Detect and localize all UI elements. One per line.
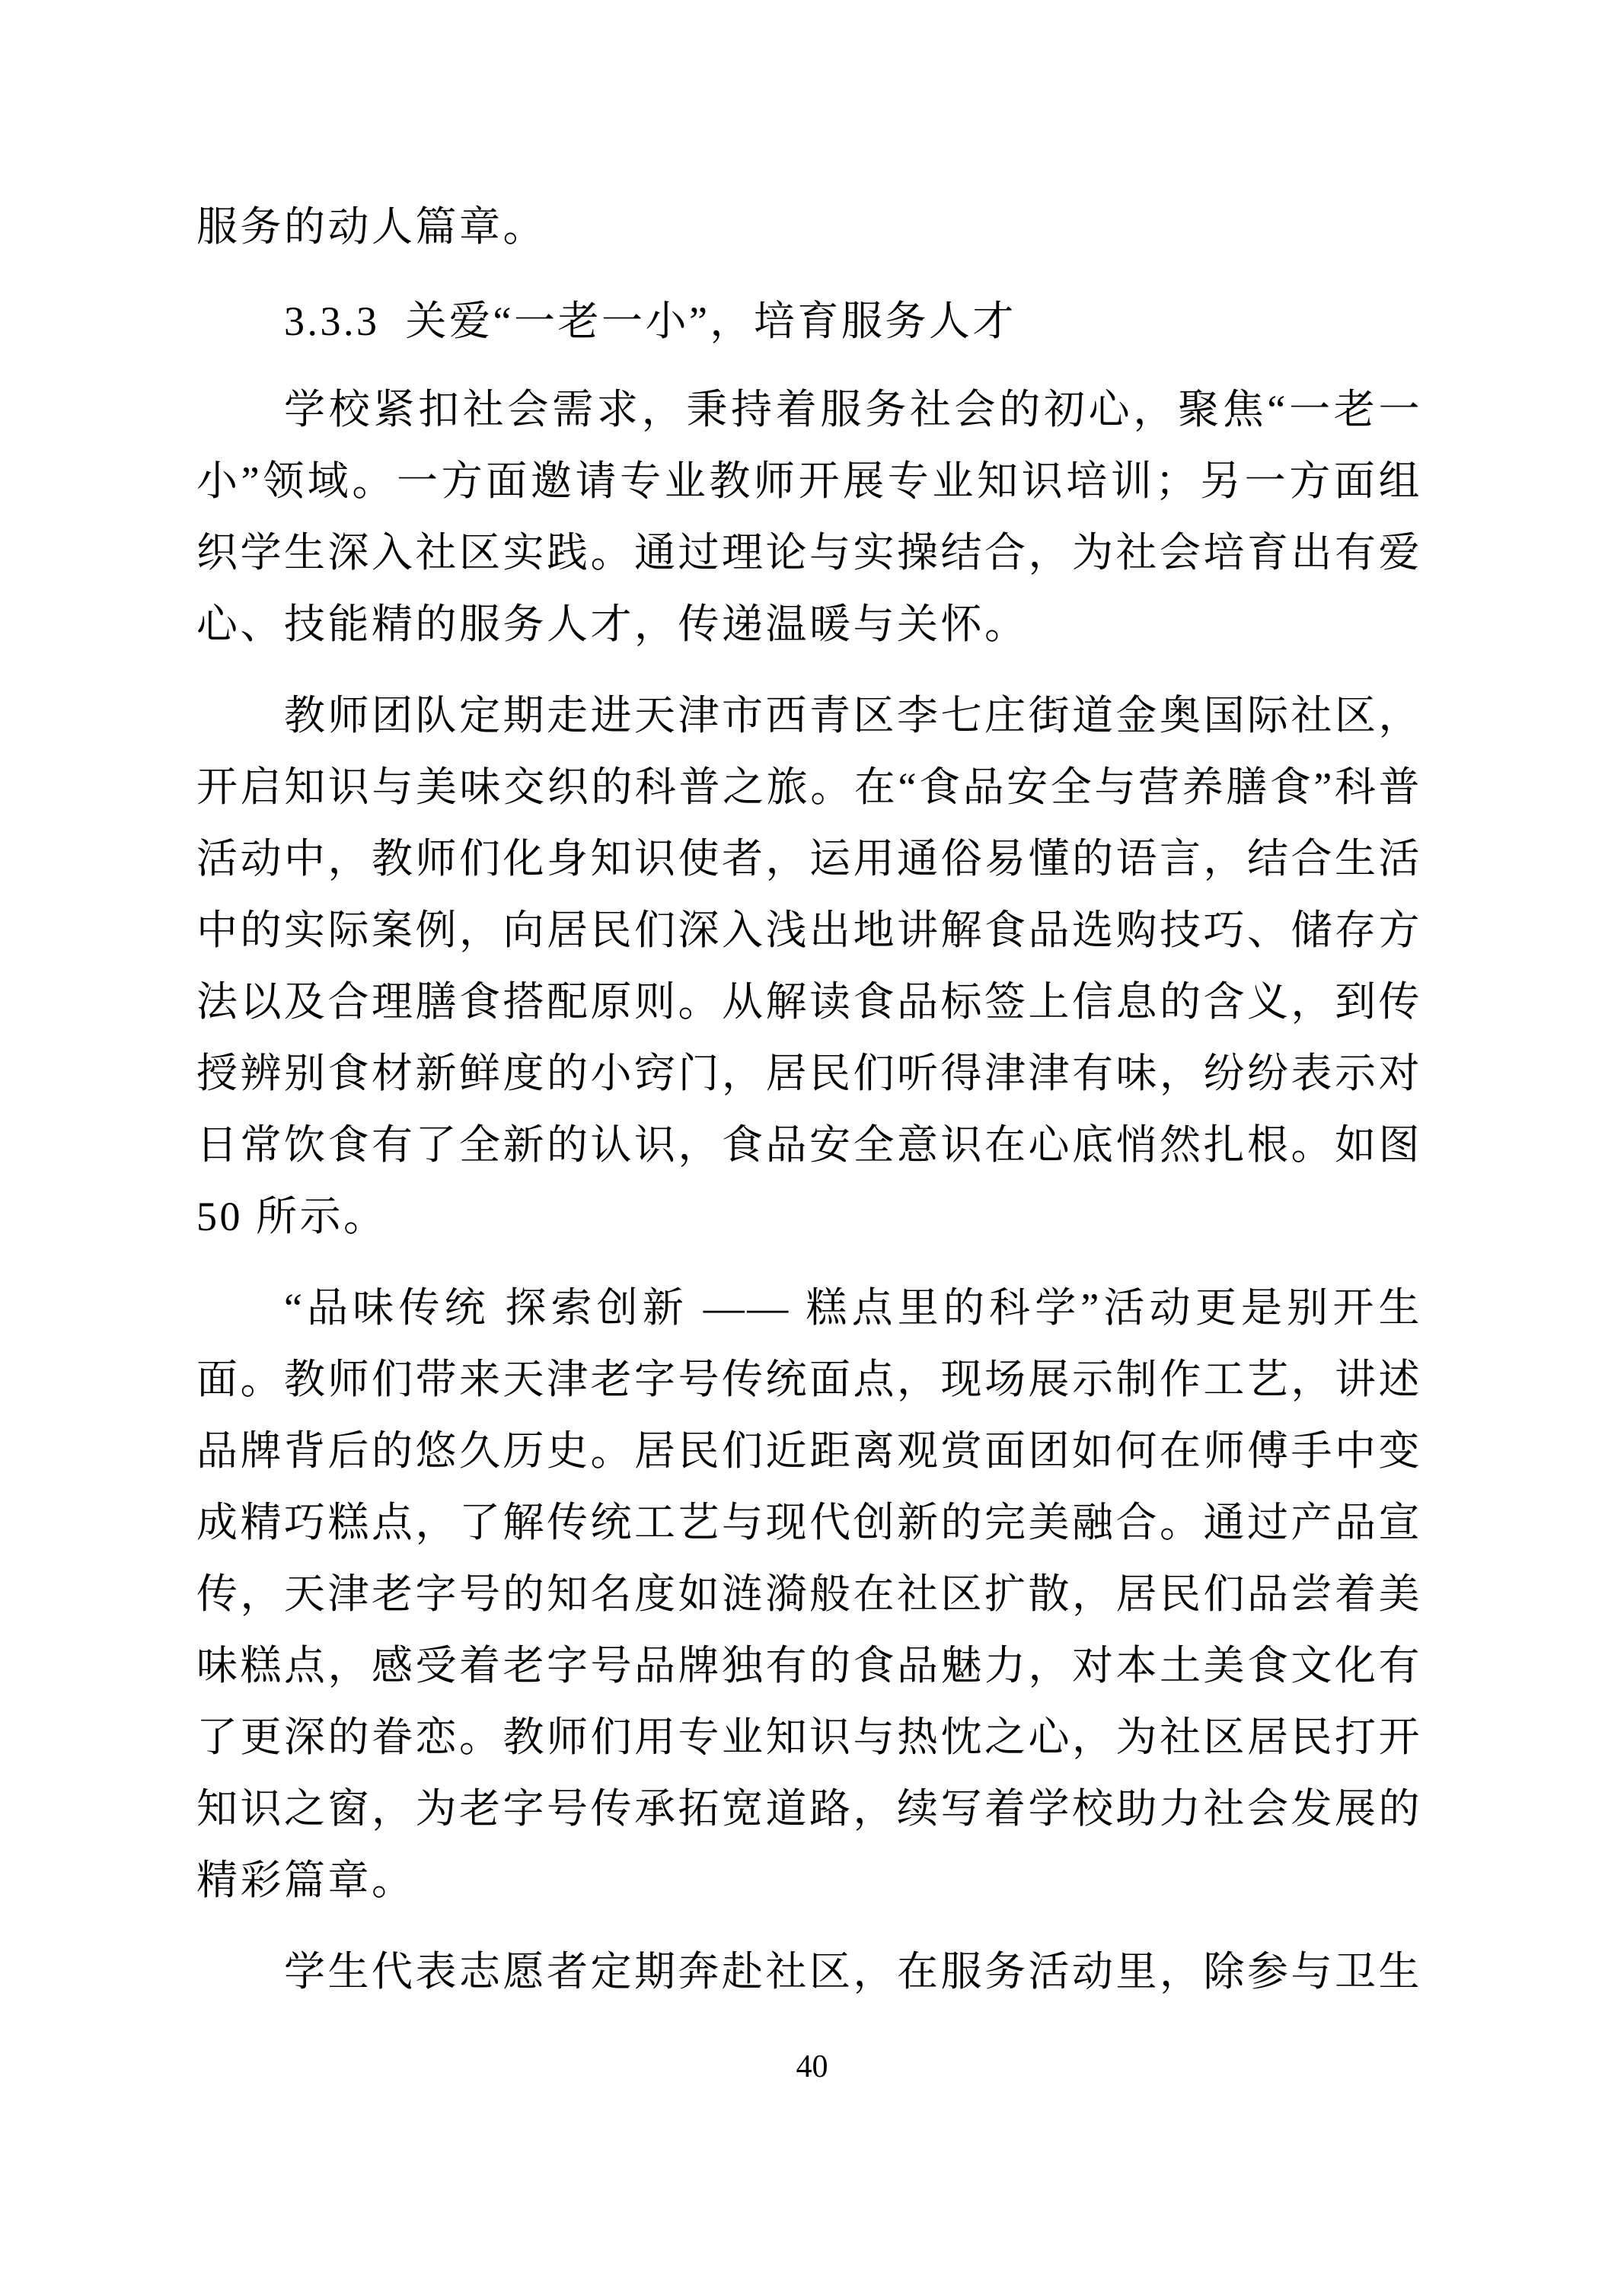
paragraph-overview: 学校紧扣社会需求，秉持着服务社会的初心，聚焦“一老一小”领域。一方面邀请专业教师… [196,374,1422,660]
document-page: 服务的动人篇章。 3.3.3 关爱“一老一小”，培育服务人才 学校紧扣社会需求，… [0,0,1624,2296]
paragraph-continuation: 服务的动人篇章。 [196,191,1422,263]
section-heading-3-3-3: 3.3.3 关爱“一老一小”，培育服务人才 [196,285,1422,357]
paragraph-food-safety-activity: 教师团队定期走进天津市西青区李七庄街道金奥国际社区，开启知识与美味交织的科普之旅… [196,680,1422,1252]
page-number: 40 [0,2046,1624,2087]
paragraph-pastry-science-activity: “品味传统 探索创新 —— 糕点里的科学”活动更是别开生面。教师们带来天津老字号… [196,1272,1422,1916]
page-content: 服务的动人篇章。 3.3.3 关爱“一老一小”，培育服务人才 学校紧扣社会需求，… [196,191,1422,2027]
paragraph-student-volunteers: 学生代表志愿者定期奔赴社区，在服务活动里，除参与卫生 [196,1936,1422,2007]
